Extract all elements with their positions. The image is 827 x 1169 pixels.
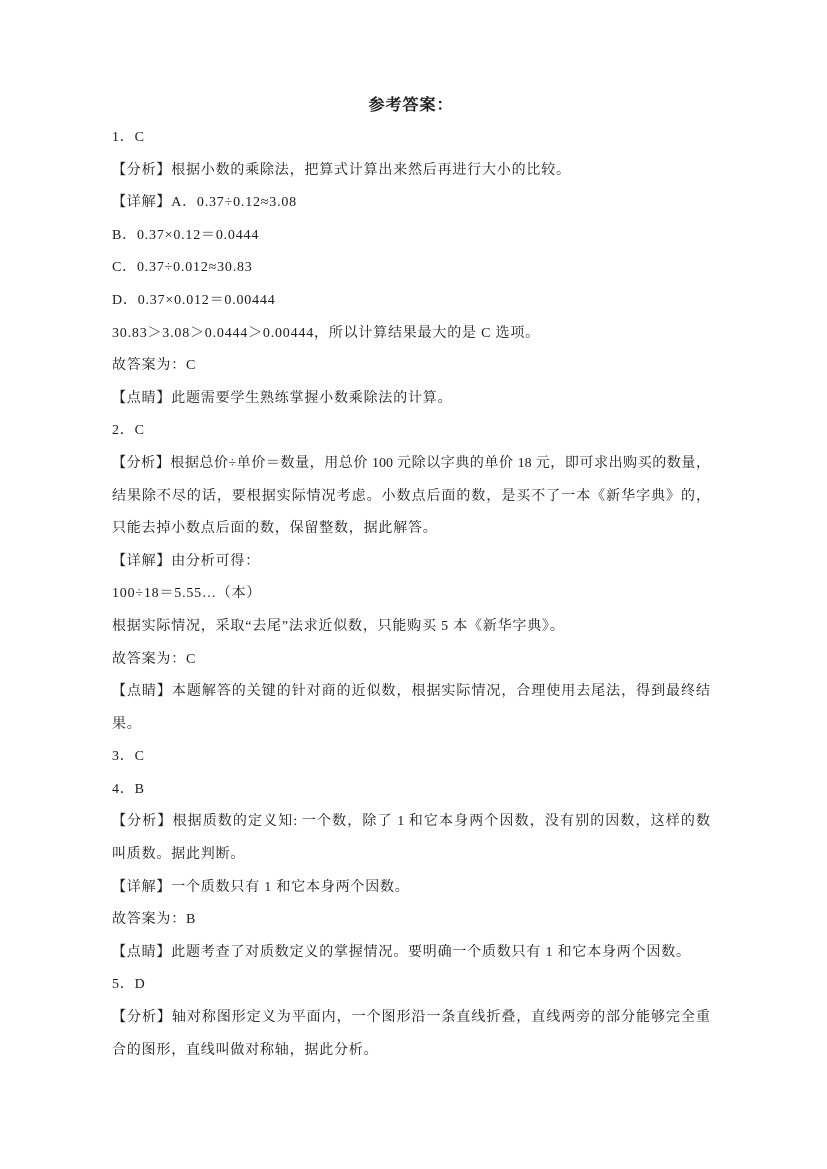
document-page: 参考答案： 1．C【分析】根据小数的乘除法，把算式计算出来然后再进行大小的比较。… [0,0,827,1169]
note-2-line1: 【点睛】本题解答的关键的针对商的近似数，根据实际情况，合理使用去尾法，得到最终结 [112,676,710,709]
analysis-2-line1: 【分析】根据总价÷单价＝数量，用总价 100 元除以字典的单价 18 元，即可求… [112,448,710,481]
answer-3: 3．C [112,741,710,774]
detail-1-comparison: 30.83＞3.08＞0.0444＞0.00444，所以计算结果最大的是 C 选… [112,318,710,351]
page-title: 参考答案： [112,89,710,122]
answer-lines: 1．C【分析】根据小数的乘除法，把算式计算出来然后再进行大小的比较。【详解】A．… [112,122,710,1067]
detail-2-result: 根据实际情况，采取“去尾”法求近似数，只能购买 5 本《新华字典》。 [112,611,710,644]
detail-1-option-d: D．0.37×0.012＝0.00444 [112,285,710,318]
conclusion-2: 故答案为：C [112,644,710,677]
detail-4: 【详解】一个质数只有 1 和它本身两个因数。 [112,872,710,905]
answer-2: 2．C [112,415,710,448]
analysis-2-line2: 结果除不尽的话，要根据实际情况考虑。小数点后面的数，是买不了一本《新华字典》的， [112,481,710,514]
detail-1-option-b: B．0.37×0.12＝0.0444 [112,220,710,253]
analysis-5-line2: 合的图形，直线叫做对称轴，据此分析。 [112,1035,710,1068]
note-2-line2: 果。 [112,709,710,742]
detail-2-calculation: 100÷18＝5.55…（本） [112,578,710,611]
analysis-4-line1: 【分析】根据质数的定义知: 一个数，除了 1 和它本身两个因数，没有别的因数，这… [112,806,710,839]
detail-1-option-c: C．0.37÷0.012≈30.83 [112,252,710,285]
answer-4: 4．B [112,774,710,807]
note-1: 【点睛】此题需要学生熟练掌握小数乘除法的计算。 [112,383,710,416]
detail-1-option-a: 【详解】A．0.37÷0.12≈3.08 [112,187,710,220]
document-content: 参考答案： 1．C【分析】根据小数的乘除法，把算式计算出来然后再进行大小的比较。… [112,89,710,1067]
analysis-4-line2: 叫质数。据此判断。 [112,839,710,872]
analysis-5-line1: 【分析】轴对称图形定义为平面内，一个图形沿一条直线折叠，直线两旁的部分能够完全重 [112,1002,710,1035]
note-4: 【点睛】此题考查了对质数定义的掌握情况。要明确一个质数只有 1 和它本身两个因数… [112,937,710,970]
detail-2-intro: 【详解】由分析可得： [112,546,710,579]
conclusion-1: 故答案为：C [112,350,710,383]
answer-5: 5．D [112,969,710,1002]
conclusion-4: 故答案为：B [112,904,710,937]
analysis-2-line3: 只能去掉小数点后面的数，保留整数，据此解答。 [112,513,710,546]
answer-1: 1．C [112,122,710,155]
analysis-1: 【分析】根据小数的乘除法，把算式计算出来然后再进行大小的比较。 [112,155,710,188]
